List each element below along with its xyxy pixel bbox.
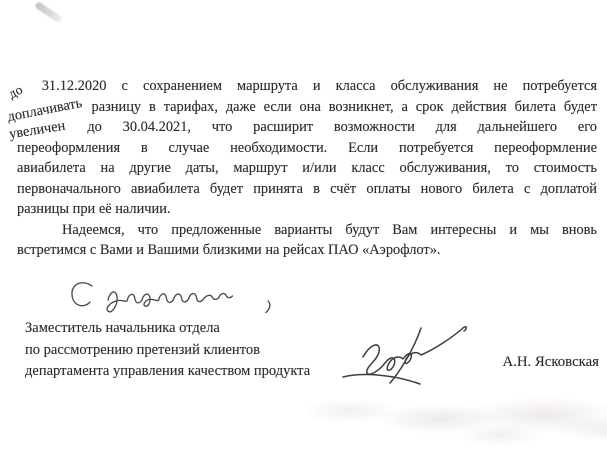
scan-streak-artifact [34,1,63,24]
signer-name: А.Н. Ясковская [502,354,599,371]
para2-line-1: Надеемся, что предложенные варианты буду… [17,220,597,241]
handwritten-closing [62,276,277,320]
line-text: разницу в тарифах, даже если она возникн… [92,99,597,115]
para1-line-2: доплачивать разницу в тарифах, даже если… [17,97,597,118]
line-text: переоформления в случае необходимости. Е… [17,140,597,156]
line-text: 31.12.2020 с сохранением маршрута и клас… [42,78,597,94]
signer-title-block: Заместитель начальника отдела по рассмот… [25,318,310,383]
scan-noise-blotches [0,389,607,449]
line-text: до 30.04.2021, что расширит возможности … [87,119,597,135]
para1-line-3: увеличен до 30.04.2021, что расширит воз… [17,117,597,138]
line-text: первоначального авиабилета будет принята… [17,181,597,197]
signature-scribble [335,315,485,395]
line-text: разницы при её наличии. [17,201,171,217]
line-text: Надеемся, что предложенные варианты буду… [62,222,597,238]
para1-line-6: первоначального авиабилета будет принята… [17,179,597,200]
scanned-letter-page: до 31.12.2020 с сохранением маршрута и к… [0,0,607,449]
para1-line-1: до 31.12.2020 с сохранением маршрута и к… [17,76,597,97]
signer-title-line-3: департамента управления качеством продук… [25,361,310,383]
para1-line-7: разницы при её наличии. [17,199,597,220]
para1-line-4: переоформления в случае необходимости. Е… [17,138,597,159]
signer-title-line-1: Заместитель начальника отдела [25,318,310,340]
letter-body: до 31.12.2020 с сохранением маршрута и к… [17,76,597,261]
signer-title-line-2: по рассмотрению претензий клиентов [25,340,310,362]
para2-line-2: встретимся с Вами и Вашими близкими на р… [17,240,597,261]
para1-line-5: авиабилета на другие даты, маршрут и/или… [17,158,597,179]
line-text: встретимся с Вами и Вашими близкими на р… [17,242,440,258]
line-text: авиабилета на другие даты, маршрут и/или… [17,160,597,176]
